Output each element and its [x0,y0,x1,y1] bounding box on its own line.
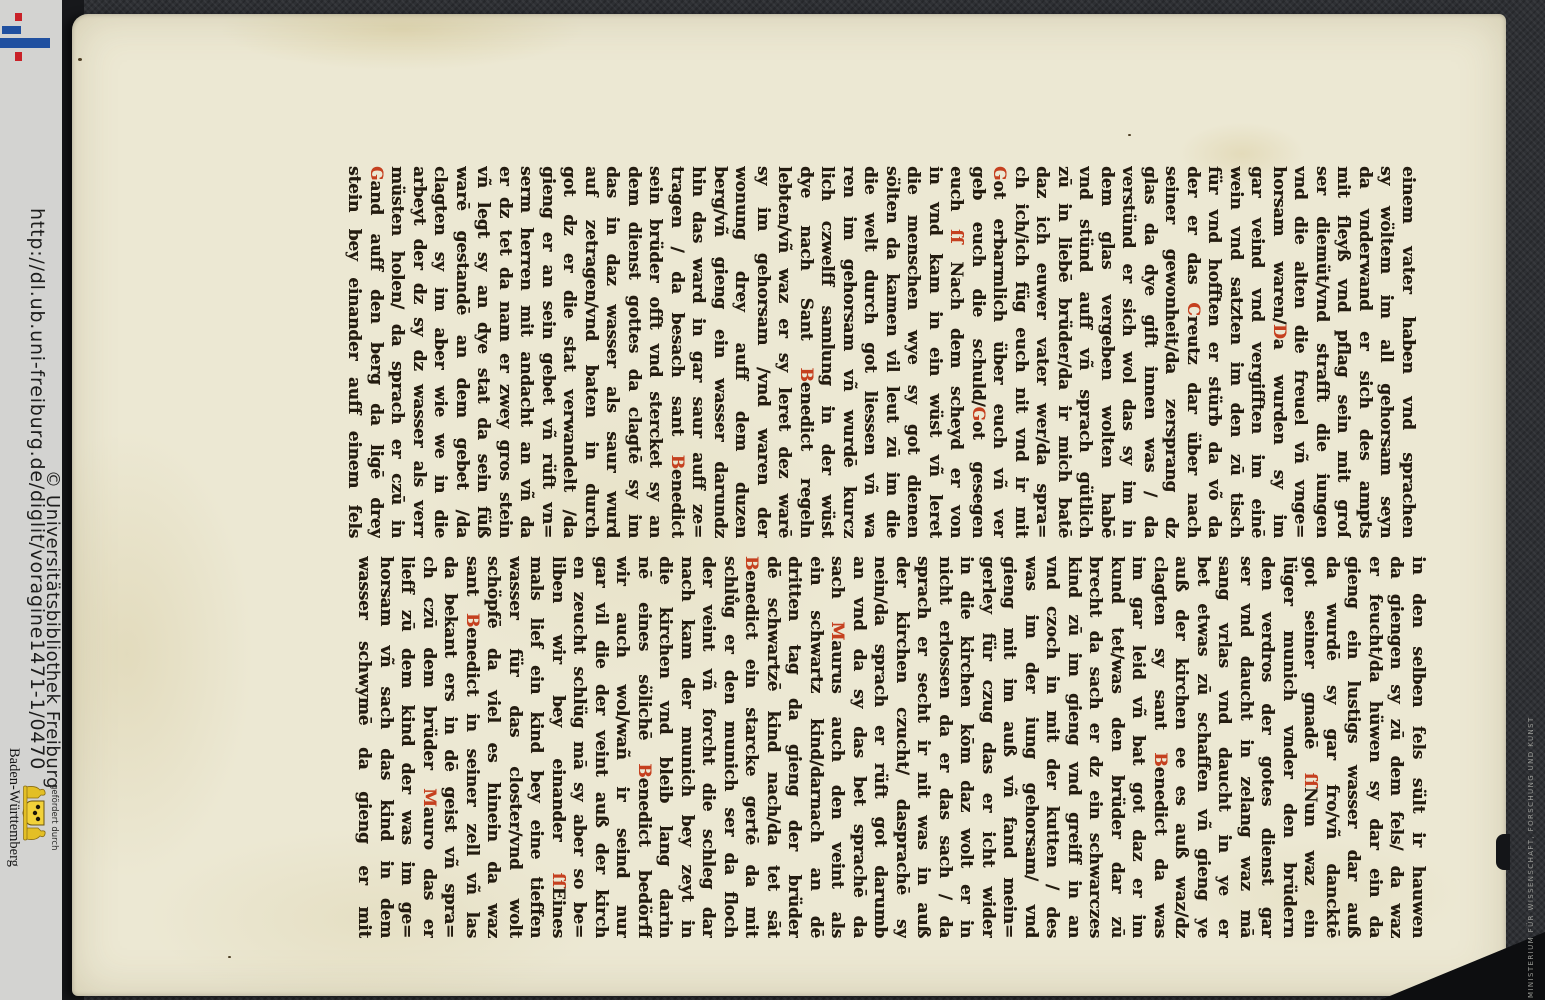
rubrication-mark: B [796,367,816,381]
column-line: sein brüder offt vnd stercket sy an [644,166,666,538]
column-line: mals lief ein kind bey eine tieffen [525,556,547,938]
registration-mark-blue [0,38,50,48]
column-line: got dz er die stat verwandelt /da [558,166,580,538]
column-line: Got erbarmlich über euch vñ ver [988,166,1010,538]
column-line: ren im gehorsam vñ wurdē kurcz [838,166,860,538]
column-line: tragen / da besach sant Benedict [666,166,688,538]
column-line: sölten da kamen vil leut zū im die [881,166,903,538]
column-line: auf zetragen/vnd baten in durch [580,166,602,538]
column-line: in den selben fels sült ir hauwen [1407,556,1429,938]
column-line: clagten sy im aber wie we in die [429,166,451,538]
column-line: der er das Creutz dar über nach [1182,166,1204,538]
column-line: arbeyt der dz sy dz wasser als verr [408,166,430,538]
column-line: da vnderwand er sich des ampts [1354,166,1376,538]
column-line: in die kirchen kōm daz wolt er in [955,556,977,938]
column-line: verstünd er sich wol das sy im in [1117,166,1139,538]
column-line: horsam vñ sach das kind in dem [375,556,397,938]
manuscript-page: einem vater haben vnd sprachensy wöltem … [72,14,1506,996]
column-line: gar vil die der veint auß der kirch [590,556,612,938]
column-line: wasser für das closter/vnd wolt [504,556,526,938]
rubrication-mark: M [828,622,848,641]
column-line: gar veind vnd vergifften im einē [1246,166,1268,538]
column-line: lebten/vñ waz er sy leret dez warē [773,166,795,538]
funding-label-text: gefördert durch [49,784,59,850]
column-line: wonung drey auff dem duzen [730,166,752,538]
column-line: liben wir bey einander ſſEines [547,556,569,938]
column-line: euch ſſ Nach dem scheyd er von [945,166,967,538]
text-column-a: einem vater haben vnd sprachensy wöltem … [343,166,1418,538]
registration-mark-red [15,13,22,21]
column-line: Gand auff den berg da ligē drey [365,166,387,538]
column-line: er feucht/da hüwen sy dar ein da [1364,556,1386,938]
column-line: en zeucht schlüg mā sy aber so be= [568,556,590,938]
column-line: nē eines sölichē Benedict bedörff [633,556,655,938]
column-line: dem glas vergeben wolten habē [1096,166,1118,538]
rubrication-mark: M [419,788,439,807]
column-line: ein schwartz kind/darnach an dē [805,556,827,938]
column-line: gieng mit im auß vñ fand mein= [998,556,1020,938]
column-line: da giengen sy zū dem fels/ da waz [1385,556,1407,938]
column-line: ser diemüt/vnd strafft die iungen [1311,166,1333,538]
column-line: horsam waren/Da wurden sy im [1268,166,1290,538]
column-line: sy wöltem im all gehorsam seyn [1375,166,1397,538]
column-line: dritten tag da gieng der brüder [783,556,805,938]
column-line: bet etwas zū schaffen vñ gieng ye [1192,556,1214,938]
column-line: vnd czoch in mit der kutten / des [1041,556,1063,938]
rubrication-mark: G [968,406,988,420]
column-line: für vnd hofften er stürb da võ da [1203,166,1225,538]
column-line: kund tet/was den brüder dar zū [1106,556,1128,938]
column-line: sant Benedict in seiner zell vñ las [461,556,483,938]
column-line: den verdros der gotes dienst gar [1256,556,1278,938]
column-line: dye nach Sant Benedict regeln [795,166,817,538]
column-line: berg/vñ gieng ein wasser darundz [709,166,731,538]
column-line: die kirchen vnd bleib lang darin [654,556,676,938]
column-line: da bekant ers in dē geist vñ spra= [439,556,461,938]
column-line: gerley für czug das er icht wider [977,556,999,938]
column-line: vñ legt sy an dye stat da sein füß [472,166,494,538]
column-line: wir auch wol/wañ ir seind nur [611,556,633,938]
rubrication-mark: C [1183,302,1203,315]
rubrication-mark: G [366,166,386,180]
column-line: lich czwelff samlung in der wüst [816,166,838,538]
column-line: daz ich euwer vater wer/da spra= [1031,166,1053,538]
column-line: vnd die alten die freuel vñ vnge= [1289,166,1311,538]
ministry-credit-text: MINISTERIUM FÜR WISSENSCHAFT, FORSCHUNG … [1527,716,1535,998]
column-line: kind zū im gieng vnd greiff in an [1063,556,1085,938]
rubrication-mark: B [667,455,687,469]
column-line: glas da dye gift innen was / da [1139,166,1161,538]
column-line: dē schwartzē kind nach/da tet sāt [762,556,784,938]
page-speck [78,58,82,61]
page-speck [228,956,231,958]
column-line: er dz tet da nam er zwey gros stein [494,166,516,538]
column-line: auß der kirchen ee es auß waz/dz [1170,556,1192,938]
rubrication-mark: G [990,166,1010,180]
column-line: nicht erlossen da er das sach / da [934,556,956,938]
column-line: geb euch die schuld/Got gesegen [967,166,989,538]
column-line: im gar leid vñ bat got daz er im [1127,556,1149,938]
column-line: das in daz wasser als saur wurd [601,166,623,538]
column-line: sang vrlas vnd daucht in ye er [1213,556,1235,938]
column-line: wasser schwymē da gieng er mit [353,556,375,938]
column-line: müsten holen/ da sprach er czū in [386,166,408,538]
column-line: dem dienst gottes da clagtē sy im [623,166,645,538]
column-line: die welt durch got liessen vñ wa [859,166,881,538]
column-line: der veint vñ forcht die schleg dar [697,556,719,938]
column-line: serm herren mit andacht an vñ da [515,166,537,538]
column-line: gieng ein lustigs wasser dar auß [1342,556,1364,938]
column-line: ch czū dem brüder Mauro das er [418,556,440,938]
column-line: schlůg er den munich ser da floch [719,556,741,938]
rubrication-mark: B [462,613,482,627]
copyright-text: © Universitätsbibliothek Freiburg [42,470,63,789]
column-line: nach kam der munich bey zeyt in [676,556,698,938]
text-column-b: in den selben fels sült ir hauwenda gien… [353,556,1428,938]
column-line: brecht da sach er dz ein schwarczes [1084,556,1106,938]
column-line: in vnd kam in ein wüst vñ leret [924,166,946,538]
column-line: mit fleyß vnd pflag sein mit groſ [1332,166,1354,538]
column-line: sprach er secht ir nit was in auß [912,556,934,938]
rubrication-mark: ſſ [947,229,967,243]
scanner-reference-strip: http://dl.ub.uni-freiburg.de/diglit/vora… [0,0,62,1000]
rubrication-mark: B [742,556,762,570]
registration-mark-blue [2,26,21,34]
column-line: schöpfē da viel es hinein da waz [482,556,504,938]
column-line: wein vnd satzten im den zū tisch [1225,166,1247,538]
column-line: hin das ward in gar saur auff ze= [687,166,709,538]
column-line: vnd stünd auff vñ sprach gütlich [1074,166,1096,538]
column-line: Benedict ein starcke gertē da mit [740,556,762,938]
page-holder-clip [1496,834,1510,870]
column-line: der kirchen czucht/ dasprachē sy [891,556,913,938]
column-line: was im der iung gehorsam/ vnd [1020,556,1042,938]
column-line: an vnd da sy das bet sprachē da [848,556,870,938]
column-line: nein/da sprach er rüft got darumb [869,556,891,938]
registration-mark-red [15,52,22,61]
column-line: einem vater haben vnd sprachen [1397,166,1419,538]
column-line: clagten sy sant Benedict da was [1149,556,1171,938]
column-line: got seiner gnadē ſſNun waz ein [1299,556,1321,938]
column-line: stein bey einander auff einem fels [343,166,365,538]
rubrication-mark: D [1269,324,1289,339]
column-line: warē gestandē an dem gebet /da [451,166,473,538]
rubrication-mark: ſſ [548,873,568,887]
column-line: die menschen wye sy got dienen [902,166,924,538]
column-line: zū in liebē brüder/da ir mich batē [1053,166,1075,538]
column-line: lieff zū dem kind der was im ge= [396,556,418,938]
page-speck [1128,134,1131,136]
column-line: sy im gehorsam /vnd waren der [752,166,774,538]
rubrication-mark: ſſ [1301,773,1321,787]
column-line: ch ich/ich füg euch nit vnd ir mit [1010,166,1032,538]
column-line: lüger munich vnder den brüdern [1278,556,1300,938]
rubrication-mark: B [1150,752,1170,766]
rubrication-mark: B [634,763,654,777]
column-line: sach Maurus auch den veint als [826,556,848,938]
column-line: da wurdē sy gar fro/vñ dancktē [1321,556,1343,938]
column-line: seiner gewonheit/da zersprang dz [1160,166,1182,538]
baden-wuerttemberg-coat-of-arms-icon [18,784,48,842]
column-line: gieng er an sein gebet vñ rüft vn= [537,166,559,538]
column-line: ser vnd daucht in zelang waz mā [1235,556,1257,938]
